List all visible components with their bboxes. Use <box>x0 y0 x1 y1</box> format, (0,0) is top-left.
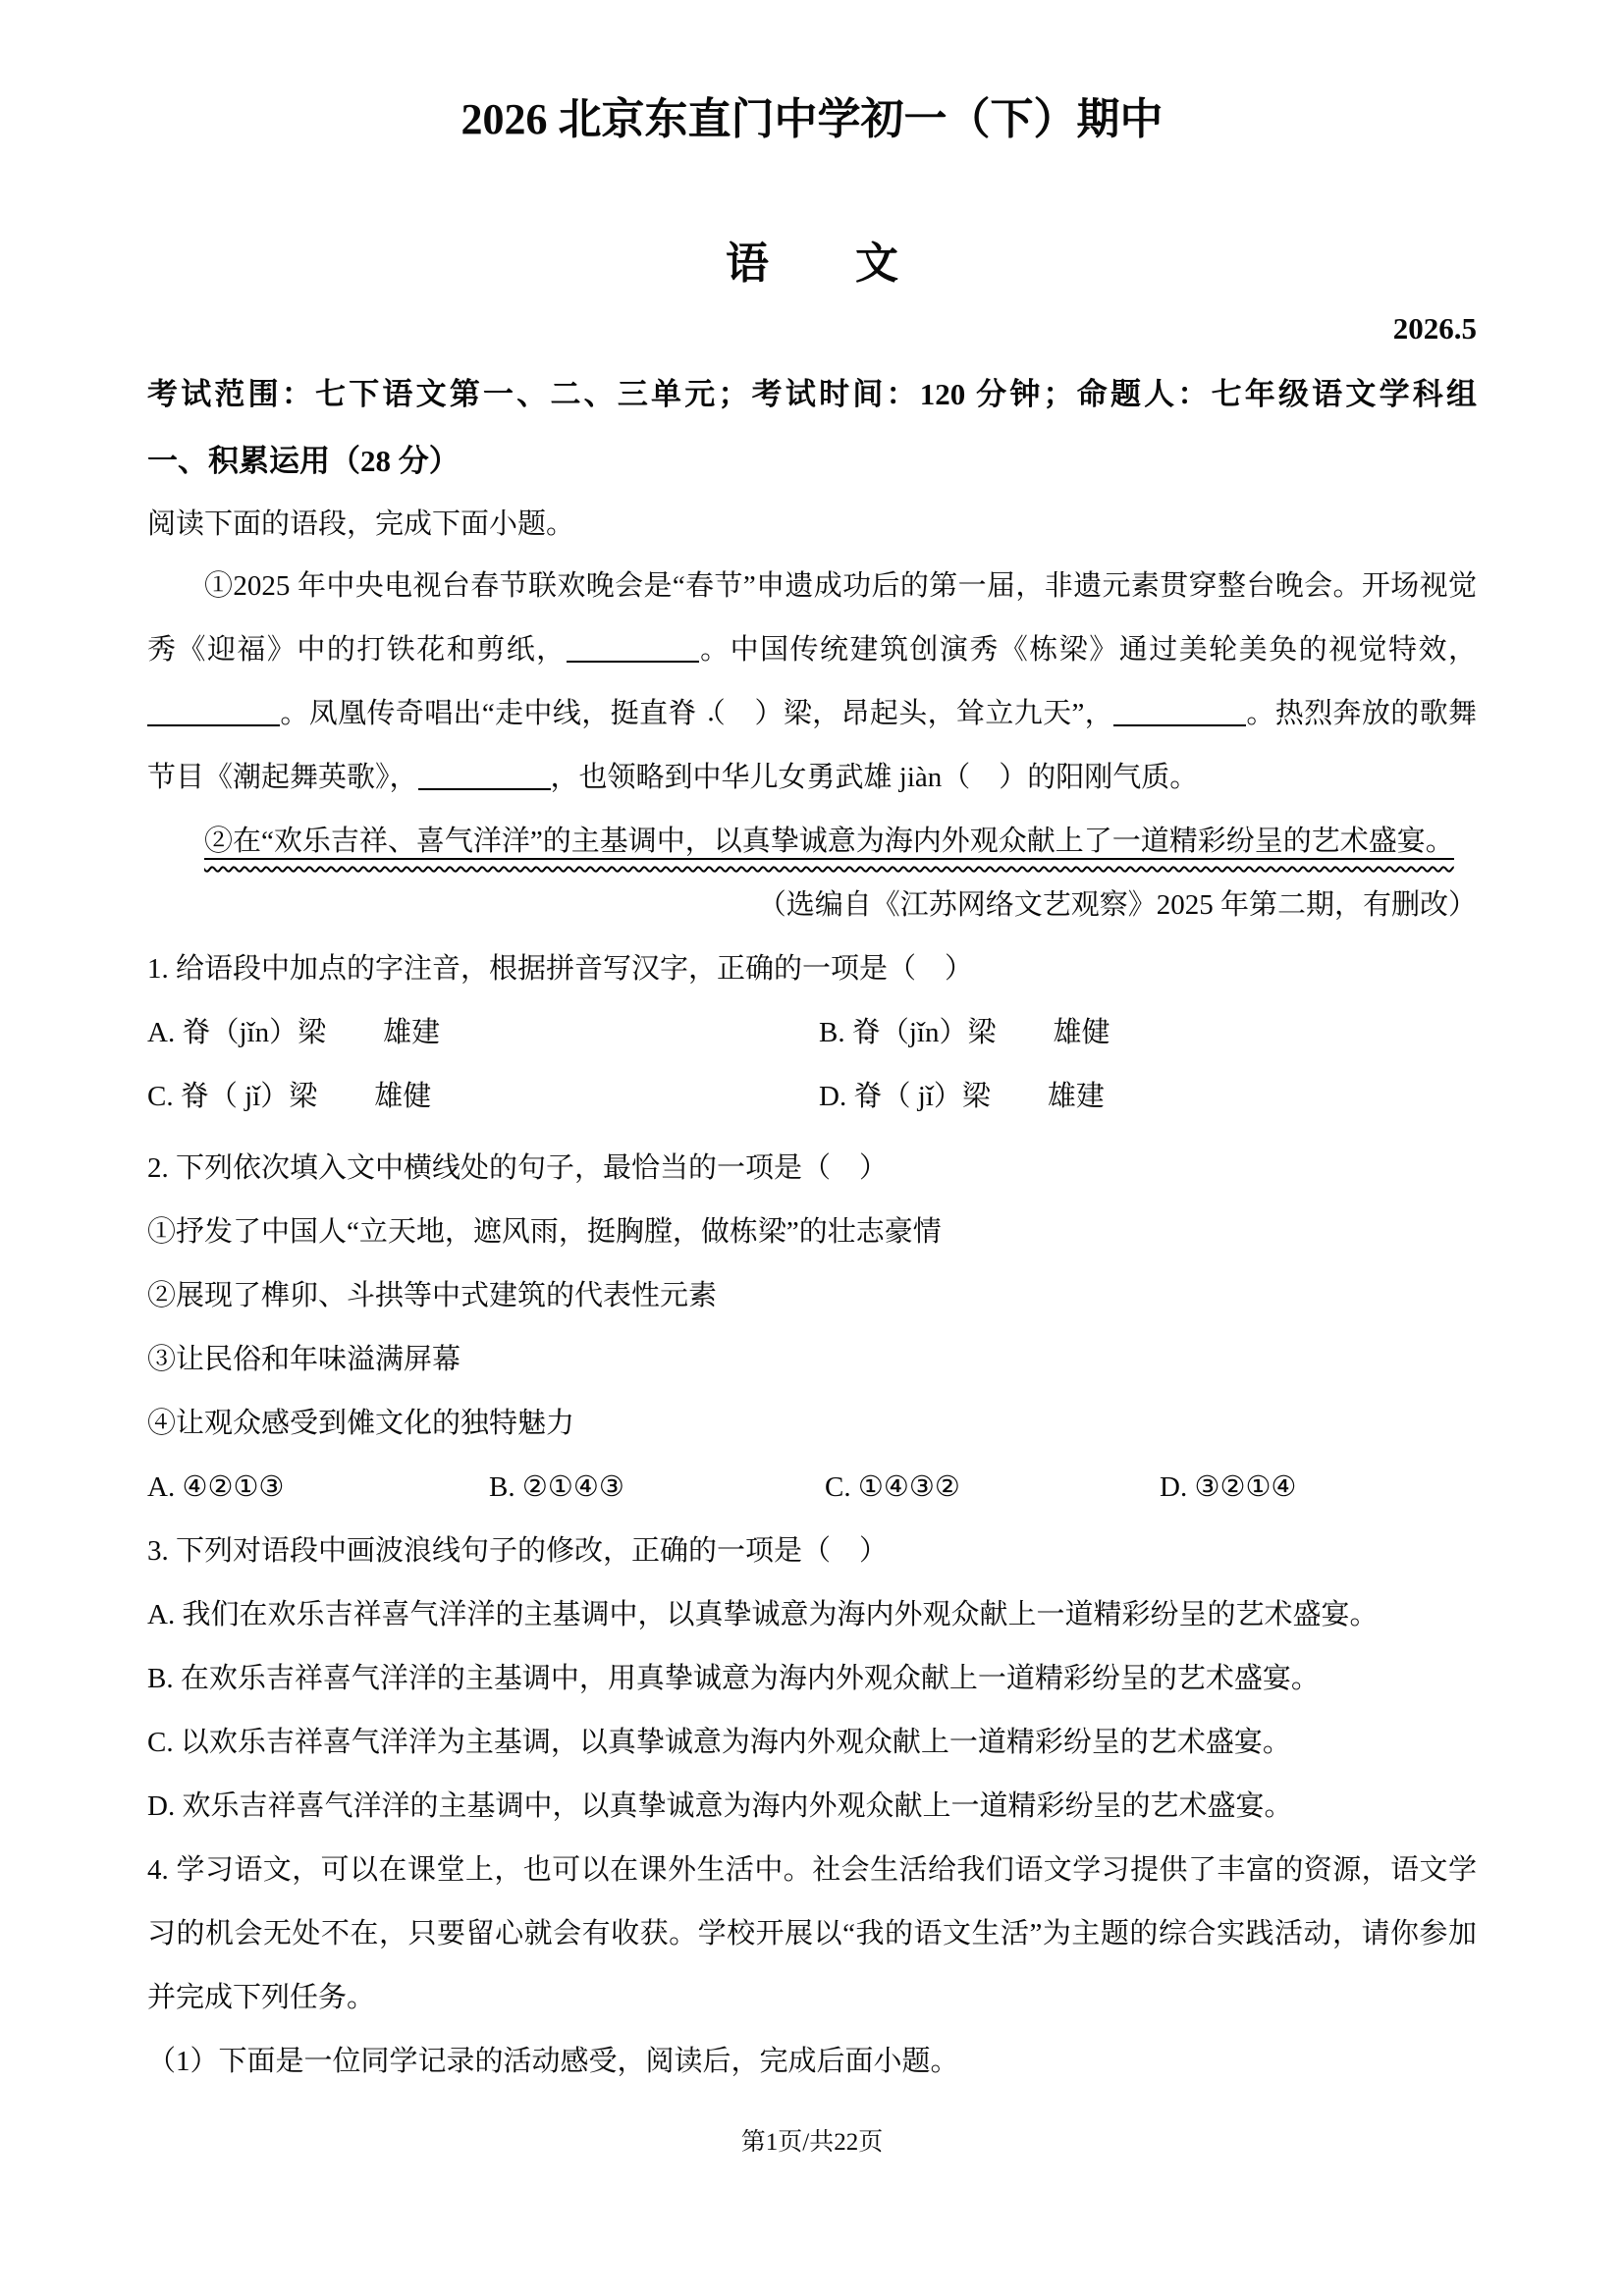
question-2-option-b: B. ②①④③ <box>489 1456 825 1520</box>
question-2-item-4: ④让观众感受到傩文化的独特魅力 <box>147 1392 1477 1456</box>
wavy-underlined-sentence: ②在“欢乐吉祥、喜气洋洋”的主基调中，以真挚诚意为海内外观众献上了一道精彩纷呈的… <box>204 826 1454 860</box>
question-1-option-b: B. 脊（jǐn）梁 雄健 <box>819 1017 1110 1048</box>
question-1-option-d: D. 脊（ jǐ）梁 雄建 <box>819 1081 1105 1112</box>
question-1-stem: 1. 给语段中加点的字注音，根据拼音写汉字，正确的一项是（ ） <box>147 937 1477 1001</box>
question-2-stem: 2. 下列依次填入文中横线处的句子，最恰当的一项是（ ） <box>147 1137 1477 1201</box>
dotted-char: 脊 <box>668 698 696 729</box>
question-3-option-b: B. 在欢乐吉祥喜气洋洋的主基调中，用真挚诚意为海内外观众献上一道精彩纷呈的艺术… <box>147 1647 1477 1711</box>
fill-in-blank-4 <box>418 784 551 790</box>
exam-subject: 语 文 <box>147 239 1477 290</box>
question-3-option-d: D. 欢乐吉祥喜气洋洋的主基调中，以真挚诚意为海内外观众献上一道精彩纷呈的艺术盛… <box>147 1775 1477 1839</box>
question-4-subtask-1: （1）下面是一位同学记录的活动感受，阅读后，完成后面小题。 <box>147 2030 1477 2094</box>
question-3-stem: 3. 下列对语段中画波浪线句子的修改，正确的一项是（ ） <box>147 1520 1477 1583</box>
question-2-item-1: ①抒发了中国人“立天地，遮风雨，挺胸膛，做栋梁”的壮志豪情 <box>147 1201 1477 1264</box>
dotted-char: 脊 <box>181 1081 209 1112</box>
question-3-option-a: A. 我们在欢乐吉祥喜气洋洋的主基调中，以真挚诚意为海内外观众献上一道精彩纷呈的… <box>147 1583 1477 1647</box>
question-2-option-a: A. ④②①③ <box>147 1456 489 1520</box>
section-1-heading: 一、积累运用（28 分） <box>147 443 1477 480</box>
question-2-item-3: ③让民俗和年味溢满屏幕 <box>147 1328 1477 1392</box>
question-1-options-row-2: C. 脊（ jǐ）梁 雄健D. 脊（ jǐ）梁 雄建 <box>147 1065 1477 1129</box>
passage-text-segment: （ ）梁，昂起头，耸立九天”， <box>697 698 1113 729</box>
dotted-char: 脊 <box>182 1017 210 1048</box>
page-number: 第1页/共22页 <box>0 2128 1624 2158</box>
exam-scope-line: 考试范围：七下语文第一、二、三单元；考试时间：120 分钟；命题人：七年级语文学… <box>147 376 1477 413</box>
question-3-option-c: C. 以欢乐吉祥喜气洋洋为主基调，以真挚诚意为海内外观众献上一道精彩纷呈的艺术盛… <box>147 1711 1477 1775</box>
question-4-stem: 4. 学习语文，可以在课堂上，也可以在课外生活中。社会生活给我们语文学习提供了丰… <box>147 1839 1477 2030</box>
passage-text-segment: 。凤凰传奇唱出“走中线，挺直 <box>280 698 668 729</box>
passage-attribution: （选编自《江苏网络文艺观察》2025 年第二期，有删改） <box>147 874 1477 937</box>
exam-page: 2026 北京东直门中学初一（下）期中 语 文 2026.5 考试范围：七下语文… <box>0 0 1624 2296</box>
passage-paragraph-1: ①2025 年中央电视台春节联欢晚会是“春节”申遗成功后的第一届，非遗元素贯穿整… <box>147 555 1477 810</box>
dotted-char: 脊 <box>852 1017 881 1048</box>
passage-paragraph-2: ②在“欢乐吉祥、喜气洋洋”的主基调中，以真挚诚意为海内外观众献上了一道精彩纷呈的… <box>147 810 1477 874</box>
dotted-char: 脊 <box>853 1081 882 1112</box>
exam-date: 2026.5 <box>147 313 1477 345</box>
fill-in-blank-3 <box>1113 721 1246 726</box>
passage-text-segment: 。中国传统建筑创演秀《栋梁》通过美轮美奂的视觉特效， <box>699 634 1477 666</box>
passage-intro: 阅读下面的语段，完成下面小题。 <box>147 507 1477 541</box>
question-2-item-2: ②展现了榫卯、斗拱等中式建筑的代表性元素 <box>147 1264 1477 1328</box>
question-2-option-d: D. ③②①④ <box>1160 1471 1296 1503</box>
question-2-option-c: C. ①④③② <box>825 1456 1160 1520</box>
fill-in-blank-1 <box>567 657 699 663</box>
question-2-options-row: A. ④②①③B. ②①④③C. ①④③②D. ③②①④ <box>147 1456 1477 1520</box>
question-1-option-c: C. 脊（ jǐ）梁 雄健 <box>147 1065 819 1129</box>
question-1-option-a: A. 脊（jǐn）梁 雄建 <box>147 1001 819 1065</box>
exam-title: 2026 北京东直门中学初一（下）期中 <box>147 94 1477 145</box>
fill-in-blank-2 <box>147 721 280 726</box>
passage-text-segment: ，也领略到中华儿女勇武雄 jiàn（ ）的阳刚气质。 <box>551 762 1199 793</box>
question-1-options-row-1: A. 脊（jǐn）梁 雄建B. 脊（jǐn）梁 雄健 <box>147 1001 1477 1065</box>
